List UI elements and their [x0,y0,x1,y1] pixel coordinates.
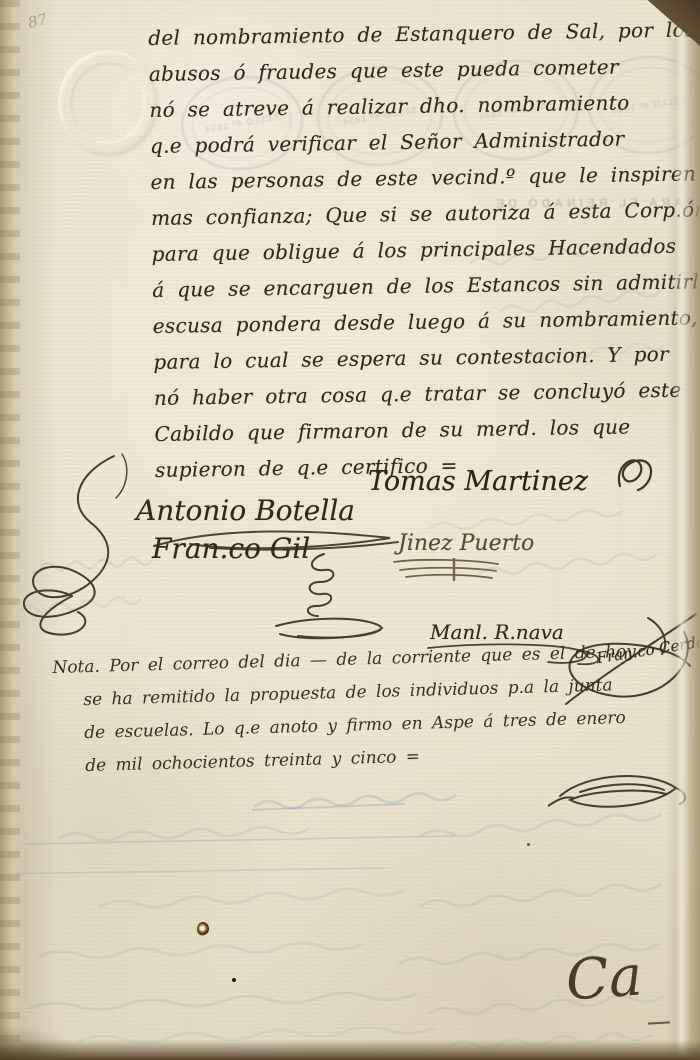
signature-tomas-martinez: Tomas Martinez [368,466,588,497]
rubric-francisco-gil [258,552,393,644]
rubric-jinez-puerto [392,558,504,582]
rubric-nota-flourish [548,762,690,822]
ink-speck [527,843,530,846]
manuscript-page: SELLO 4º 1834 SELLO 4º 1834 SELLO 4º 183… [0,0,700,1060]
embossed-seal-inner [70,62,146,144]
ink-speck [232,978,236,982]
catchword-dash [648,1021,670,1024]
catchword: Ca [564,943,645,1013]
rubric-tomas-martinez [612,452,660,496]
wormhole [197,922,209,936]
rubric-flourish-large [18,452,168,647]
binding-edge [0,0,20,1060]
dark-corner-bottom-left [0,1026,120,1060]
manuscript-body: del nombramiento de Estanquero de Sal, p… [148,11,700,488]
embossed-seal [58,50,158,156]
signature-jinez-puerto: Jinez Puerto [398,531,534,556]
